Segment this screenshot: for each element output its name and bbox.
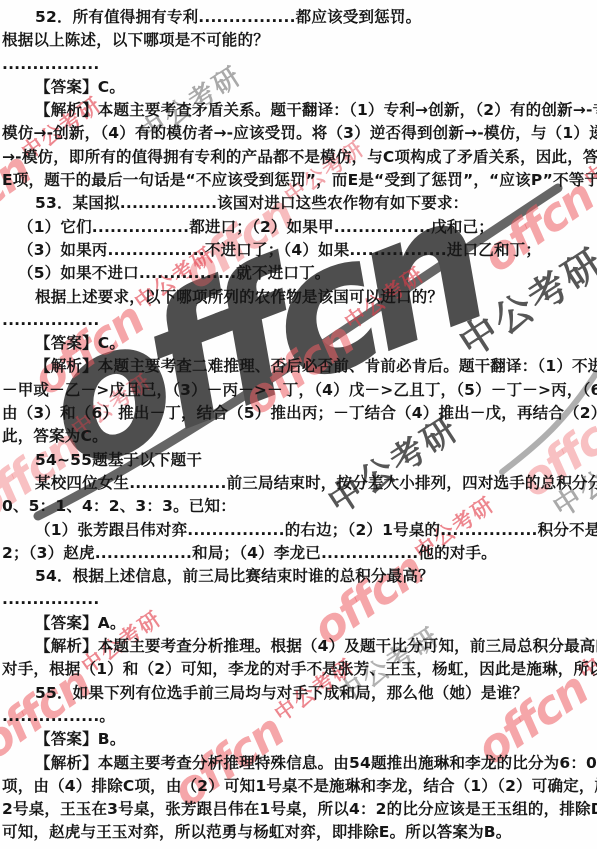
text-line: 【解析】本题主要考查矛盾关系。题干翻译：（1）专利→创新，（2）有的创新→-专利… xyxy=(0,99,597,122)
text-line: →-模仿，即所有的值得拥有专利的产品都不是模仿，与C项构成了矛盾关系，因此，答案… xyxy=(0,146,597,169)
text-line: 54~55题基于以下题干 xyxy=(0,449,597,472)
text-line: 2；（3）赵虎................和局；（4）李龙已........… xyxy=(0,542,597,565)
text-line: 【答案】C。 xyxy=(0,76,597,99)
text-line: 【解析】本题主要考查二难推理、否后必否前、肯前必肯后。题干翻译：（1）不进含违禁… xyxy=(0,355,597,378)
text-line: 对手，根据（1）和（2）可知，李龙的对手不是张芳、王玉，杨虹，因此是施琳，所以答… xyxy=(0,658,597,681)
text-line: 根据上述要求，以下哪项所列的农作物是该国可以进口的？ xyxy=(0,286,597,309)
scanned-document-page: offcn 中公考研 中公考研 中公考研 中公考研 中公考研 offcn 中公考… xyxy=(0,0,597,849)
text-line: 52．所有值得拥有专利................都应该受到惩罚。 xyxy=(0,6,597,29)
text-line: 由（3）和（6）推出－丁，结合（5）推出丙；－丁结合（4）推出－戊，再结合（2）… xyxy=(0,402,597,425)
text-line: ................。 xyxy=(0,705,597,728)
text-line: 某校四位女生................前三局结束时，按分差大小排列，四对选… xyxy=(0,472,597,495)
text-line: （3）如果丙................不进口了；（4）如果........… xyxy=(0,239,597,262)
text-line: E项，题干的最后一句话是“不应该受到惩罚”，而E是“受到了惩罚”，“应该P”不等… xyxy=(0,169,597,192)
text-line: （1）张芳跟吕伟对弈................的右边；（2）1号桌的...… xyxy=(0,519,597,542)
document-lines: 52．所有值得拥有专利................都应该受到惩罚。根据以上陈… xyxy=(0,6,597,845)
text-line: 53．某国拟................该国对进口这些农作物有如下要求： xyxy=(0,192,597,215)
text-line: 55．如果下列有位选手前三局均与对手下成和局，那么他（她）是谁？ xyxy=(0,682,597,705)
text-line: 此，答案为C。 xyxy=(0,425,597,448)
text-line: ................ xyxy=(0,309,597,332)
text-line: 2号桌，王玉在3号桌，张芳跟吕伟在1号桌，所以4：2的比分应该是王玉组的，排除D… xyxy=(0,798,597,821)
text-line: （5）如果不进口................就不进口丁。 xyxy=(0,262,597,285)
text-line: 可知，赵虎与王玉对弈，所以范勇与杨虹对弈，即排除E。所以答案为B。 xyxy=(0,821,597,844)
document-content: 52．所有值得拥有专利................都应该受到惩罚。根据以上陈… xyxy=(0,0,597,845)
text-line: 【解析】本题主要考查分析推理特殊信息。由54题推出施琳和李龙的比分为6：0，因此… xyxy=(0,752,597,775)
text-line: 【答案】A。 xyxy=(0,612,597,635)
text-line: ................ xyxy=(0,588,597,611)
text-line: （1）它们................都进口；（2）如果甲.........… xyxy=(0,216,597,239)
text-line: 根据以上陈述，以下哪项是不可能的？ xyxy=(0,29,597,52)
text-line: 【答案】C。 xyxy=(0,332,597,355)
text-line: 54．根据上述信息，前三局比赛结束时谁的总积分最高？ xyxy=(0,565,597,588)
text-line: 【答案】B。 xyxy=(0,728,597,751)
text-line: 模仿→-创新，（4）有的模仿者→-应该受罚。将（3）逆否得到创新→-模仿，与（1… xyxy=(0,122,597,145)
text-line: ................ xyxy=(0,53,597,76)
text-line: 项，由（4）排除C项，由（2）可知1号桌不是施琳和李龙，结合（1）（2）可确定，… xyxy=(0,775,597,798)
text-line: 【解析】本题主要考查分析推理。根据（4）及题干比分可知，前三局总积分最高的应该是… xyxy=(0,635,597,658)
text-line: 0、5：1、4：2、3：3。已知： xyxy=(0,495,597,518)
text-line: －甲或－乙－>戊且己，（3）－丙－>－丁，（4）戊－>乙且丁，（5）－丁－>丙，… xyxy=(0,379,597,402)
